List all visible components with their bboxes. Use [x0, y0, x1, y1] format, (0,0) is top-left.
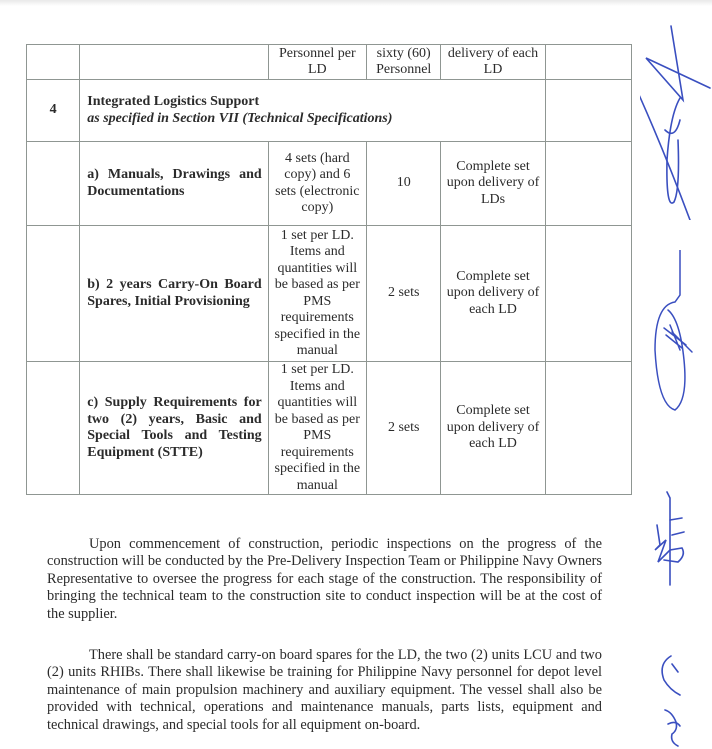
table-row: b) 2 years Carry-On Board Spares, Initia… — [27, 226, 632, 362]
signature-4 — [660, 650, 700, 749]
description-cell: a) Manuals, Drawings and Documentations — [80, 142, 268, 226]
item-number-cell — [27, 226, 80, 362]
remarks-cell — [545, 142, 631, 226]
quantity-cell: sixty (60) Personnel — [366, 45, 441, 80]
delivery-cell: delivery of each LD — [441, 45, 545, 80]
delivery-cell: Complete set upon delivery of each LD — [441, 362, 545, 495]
table-row: Personnel per LD sixty (60) Personnel de… — [27, 45, 632, 80]
table-row: c) Supply Requirements for two (2) years… — [27, 362, 632, 495]
signature-3 — [652, 490, 692, 590]
item-number-cell — [27, 142, 80, 226]
specification-cell: 4 sets (hard copy) and 6 sets (electroni… — [268, 142, 366, 226]
signature-1 — [640, 20, 712, 220]
remarks-cell — [545, 80, 631, 142]
inspection-paragraph: Upon commencement of construction, perio… — [47, 536, 602, 623]
remarks-cell — [545, 45, 631, 80]
delivery-cell: Complete set upon delivery of each LD — [441, 226, 545, 362]
specification-cell: Personnel per LD — [268, 45, 366, 80]
ils-spec-table: Personnel per LD sixty (60) Personnel de… — [26, 44, 632, 495]
item-number-cell — [27, 362, 80, 495]
specification-cell: 1 set per LD. Items and quantities will … — [268, 362, 366, 495]
spares-training-paragraph: There shall be standard carry-on board s… — [47, 647, 602, 734]
remarks-cell — [545, 362, 631, 495]
quantity-cell: 2 sets — [366, 362, 441, 495]
table-row: a) Manuals, Drawings and Documentations … — [27, 142, 632, 226]
remarks-cell — [545, 226, 631, 362]
item-number-cell: 4 — [27, 80, 80, 142]
quantity-cell: 10 — [366, 142, 441, 226]
table-row-section: 4 Integrated Logistics Support as specif… — [27, 80, 632, 142]
description-cell: c) Supply Requirements for two (2) years… — [80, 362, 268, 495]
description-cell — [80, 45, 268, 80]
delivery-cell: Complete set upon delivery of LDs — [441, 142, 545, 226]
section-title: Integrated Logistics Support — [87, 94, 259, 109]
signature-2 — [650, 250, 700, 420]
specification-cell: 1 set per LD. Items and quantities will … — [268, 226, 366, 362]
quantity-cell: 2 sets — [366, 226, 441, 362]
item-number-cell — [27, 45, 80, 80]
description-cell: b) 2 years Carry-On Board Spares, Initia… — [80, 226, 268, 362]
scan-edge-shade — [0, 0, 712, 6]
section-heading-cell: Integrated Logistics Support as specifie… — [80, 80, 545, 142]
section-subtitle: as specified in Section VII (Technical S… — [87, 111, 540, 128]
